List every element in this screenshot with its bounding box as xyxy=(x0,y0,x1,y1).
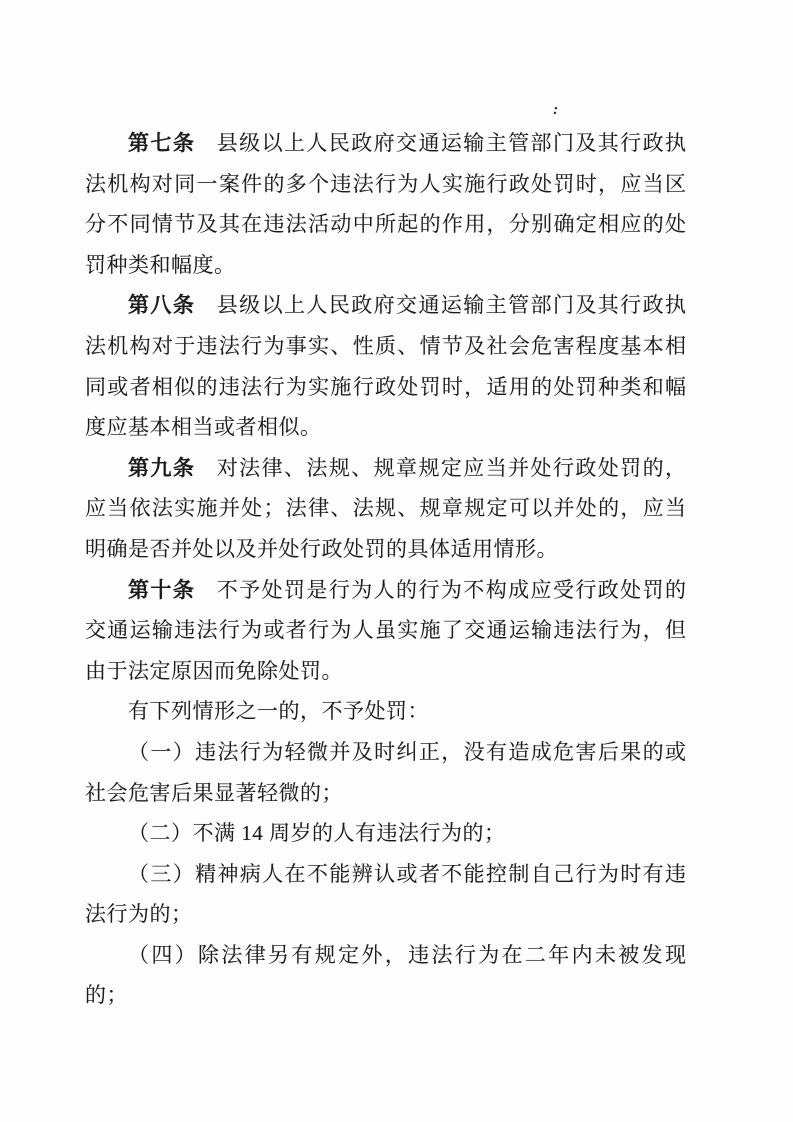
article-text: （三）精神病人在不能辨认或者不能控制自己行为时有违法行为的； xyxy=(85,862,687,927)
article-number: 第八条 xyxy=(128,293,195,317)
article-text: （一）违法行为轻微并及时纠正，没有造成危害后果的或社会危害后果显著轻微的； xyxy=(85,740,687,805)
article-paragraph: 第八条县级以上人民政府交通运输主管部门及其行政执法机构对于违法行为事实、性质、情… xyxy=(85,285,687,447)
article-number: 第十条 xyxy=(128,578,195,602)
article-text: （二）不满 14 周岁的人有违法行为的； xyxy=(128,821,506,845)
article-paragraph: 第七条县级以上人民政府交通运输主管部门及其行政执法机构对同一案件的多个违法行为人… xyxy=(85,123,687,285)
article-paragraph: 有下列情形之一的，不予处罚： xyxy=(85,691,687,732)
article-number: 第七条 xyxy=(128,131,195,155)
article-number: 第九条 xyxy=(128,456,195,480)
document-page: : 第七条县级以上人民政府交通运输主管部门及其行政执法机构对同一案件的多个违法行… xyxy=(0,0,793,1122)
article-paragraph: （四）除法律另有规定外，违法行为在二年内未被发现的； xyxy=(85,935,687,1016)
article-paragraph: （一）违法行为轻微并及时纠正，没有造成危害后果的或社会危害后果显著轻微的； xyxy=(85,732,687,813)
text-block: 第七条县级以上人民政府交通运输主管部门及其行政执法机构对同一案件的多个违法行为人… xyxy=(85,123,687,1016)
article-text: 有下列情形之一的，不予处罚： xyxy=(128,699,429,723)
scan-ink-mark: : xyxy=(551,102,559,120)
article-paragraph: （二）不满 14 周岁的人有违法行为的； xyxy=(85,813,687,854)
article-paragraph: （三）精神病人在不能辨认或者不能控制自己行为时有违法行为的； xyxy=(85,854,687,935)
article-paragraph: 第九条对法律、法规、规章规定应当并处行政处罚的，应当依法实施并处；法律、法规、规… xyxy=(85,448,687,570)
article-text: （四）除法律另有规定外，违法行为在二年内未被发现的； xyxy=(85,943,687,1008)
article-paragraph: 第十条不予处罚是行为人的行为不构成应受行政处罚的交通运输违法行为或者行为人虽实施… xyxy=(85,570,687,692)
